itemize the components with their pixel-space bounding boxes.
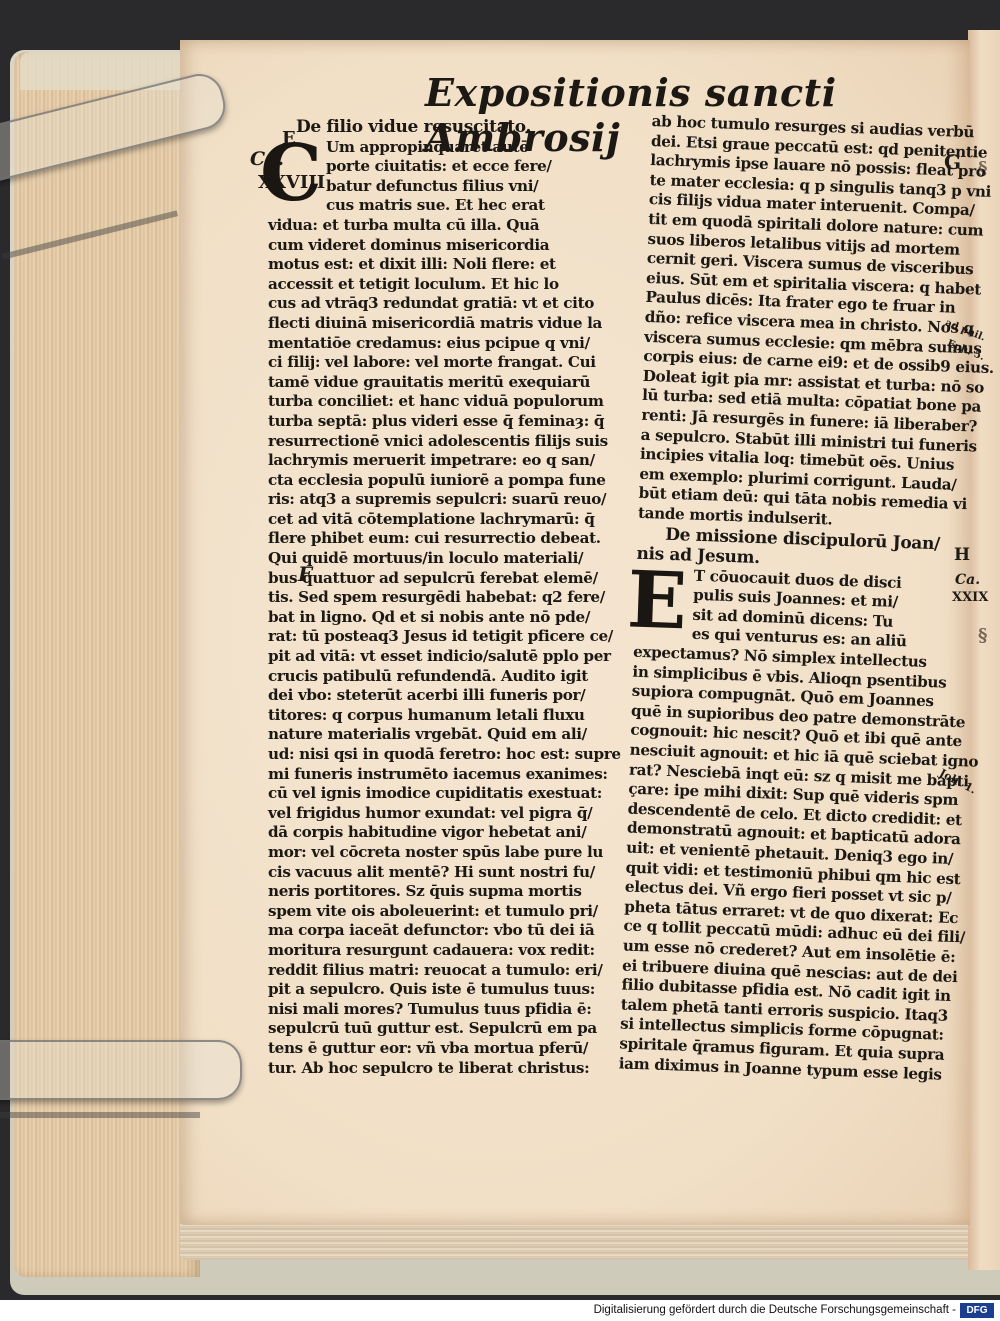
text-line: turba conciliet: et hanc viduā populorum xyxy=(268,392,638,412)
text-line: dā corpis habitudine vigor hebetat ani/ xyxy=(268,823,638,843)
text-line: cta ecclesia populū iuniorē a pompa fune xyxy=(268,471,638,491)
text-line: motus est: et dixit illi: Noli flere: et xyxy=(268,255,638,275)
text-line: bus quattuor ad sepulcrū ferebat elemē/ xyxy=(268,569,638,589)
text-line: ud: nisi qsi in quodā feretro: hoc est: … xyxy=(268,745,638,765)
text-line: reddit filius matri: reuocat a tumulo: e… xyxy=(268,961,638,981)
text-line: flecti diuinā misericordiā matris vidue … xyxy=(268,314,638,334)
text-line: neris portitores. Sz q̄uis supma mortis xyxy=(268,882,638,902)
text-line: nature materialis vrgebāt. Quid em ali/ xyxy=(268,725,638,745)
text-line: Um appropinquaret autē xyxy=(268,138,638,158)
text-line: rat: tū posteaq3 Jesus id tetigit pficer… xyxy=(268,627,638,647)
text-line: pit ad vitā: vt esset indicio/salutē ppl… xyxy=(268,647,638,667)
text-line: titores: q corpus humanum letali fluxu xyxy=(268,706,638,726)
text-line: sepulcrū tuū guttur est. Sepulcrū em pa xyxy=(268,1019,638,1039)
clip-shadow xyxy=(0,1112,200,1118)
text-line: tens ē guttur eor: vñ vba mortua pferū/ xyxy=(268,1039,638,1059)
text-line: moritura resurgunt cadauera: vox redit: xyxy=(268,941,638,961)
paragraph: expectamus? Nō simplex intellectusin sim… xyxy=(618,643,933,1084)
decorated-initial: C xyxy=(260,137,320,213)
decorated-initial: E xyxy=(626,563,689,641)
text-line: porte ciuitatis: et ecce fere/ xyxy=(268,157,638,177)
text-line: vel frigidus humor exundat: vel pigra q̄… xyxy=(268,804,638,824)
text-line: dei vbo: steterūt acerbi illi funeris po… xyxy=(268,686,638,706)
text-column-left: De filio vidue resuscitato. C Um appropi… xyxy=(268,118,638,1078)
text-line: ma corpa iaceāt defunctor: vbo tū dei iā xyxy=(268,921,638,941)
section-title: De filio vidue resuscitato. xyxy=(268,118,638,138)
text-line: pit a sepulcro. Quis iste ē tumulus tuus… xyxy=(268,980,638,1000)
text-line: vidua: et turba multa cū illa. Quā xyxy=(268,216,638,236)
footer-bar: Digitalisierung gefördert durch die Deut… xyxy=(0,1300,1000,1321)
text-line: resurrectionē vnici adolescentis filijs … xyxy=(268,432,638,452)
text-line: cū vel ignis imodice cupiditatis exestua… xyxy=(268,784,638,804)
text-line: nisi mali mores? Tumulus tuus pfidia ē: xyxy=(268,1000,638,1020)
text-line: lachrymis meruerit impetrare: eo q san/ xyxy=(268,451,638,471)
text-line: Qui quidē mortuus/in loculo materiali/ xyxy=(268,549,638,569)
chapter-label: Ca. xyxy=(955,572,980,588)
text-line: accessit et tetigit loculum. Et hic lo xyxy=(268,275,638,295)
text-line: cum videret dominus misericordia xyxy=(268,236,638,256)
text-line: tur. Ab hoc sepulcro te liberat christus… xyxy=(268,1059,638,1079)
text-line: turba septā: plus videri esse q̄ feminaȝ… xyxy=(268,412,638,432)
facing-page-mark: § xyxy=(978,625,987,646)
text-line: crucis patibulū refundendā. Audito igit xyxy=(268,667,638,687)
text-line: tamē vidue grauitatis meritū exequiarū xyxy=(268,373,638,393)
book-scan: § § Expositionis sancti Ambrosij E Ca. X… xyxy=(0,0,1000,1300)
text-line: ci filij: vel labore: vel morte frangat.… xyxy=(268,353,638,373)
text-line: mentatiōe credamus: eius pcipue q vni/ xyxy=(268,334,638,354)
text-line: mor: vel cōcreta noster spūs labe pure l… xyxy=(268,843,638,863)
text-line: cis vacuus alit mentē? Hi sunt nostri fu… xyxy=(268,863,638,883)
text-line: cet ad vitā cōtemplatione lachrymarū: q̄ xyxy=(268,510,638,530)
text-column-right: ab hoc tumulo resurges si audias verbūde… xyxy=(618,112,951,1084)
text-line: mi funeris instrumēto iacemus exanimes: xyxy=(268,765,638,785)
signature-mark: H xyxy=(954,545,970,565)
text-line: flere phibet eum: cui resurrectio debeat… xyxy=(268,529,638,549)
text-line: batur defunctus filius vni/ xyxy=(268,177,638,197)
paragraph: ab hoc tumulo resurges si audias verbūde… xyxy=(638,112,952,534)
funding-credit: Digitalisierung gefördert durch die Deut… xyxy=(594,1304,956,1316)
text-line: spem vite ois aboleuerint: et tumulo pri… xyxy=(268,902,638,922)
page-clip-bottom xyxy=(0,1040,242,1100)
chapter-number: XXIX xyxy=(952,590,988,605)
text-line: cus matris sue. Et hec erat xyxy=(268,196,638,216)
text-line: bat in ligno. Qd et si nobis ante nō pde… xyxy=(268,608,638,628)
paragraph: vidua: et turba multa cū illa. Quācum vi… xyxy=(268,216,638,1078)
text-line: tis. Sed spem resurgēdi habebat: q2 fere… xyxy=(268,588,638,608)
dfg-logo: DFG xyxy=(960,1303,994,1318)
text-line: cus ad vtrāq3 redundat gratiā: vt et cit… xyxy=(268,294,638,314)
text-line: ris: atq3 a supremis sepulcri: suarū reu… xyxy=(268,490,638,510)
